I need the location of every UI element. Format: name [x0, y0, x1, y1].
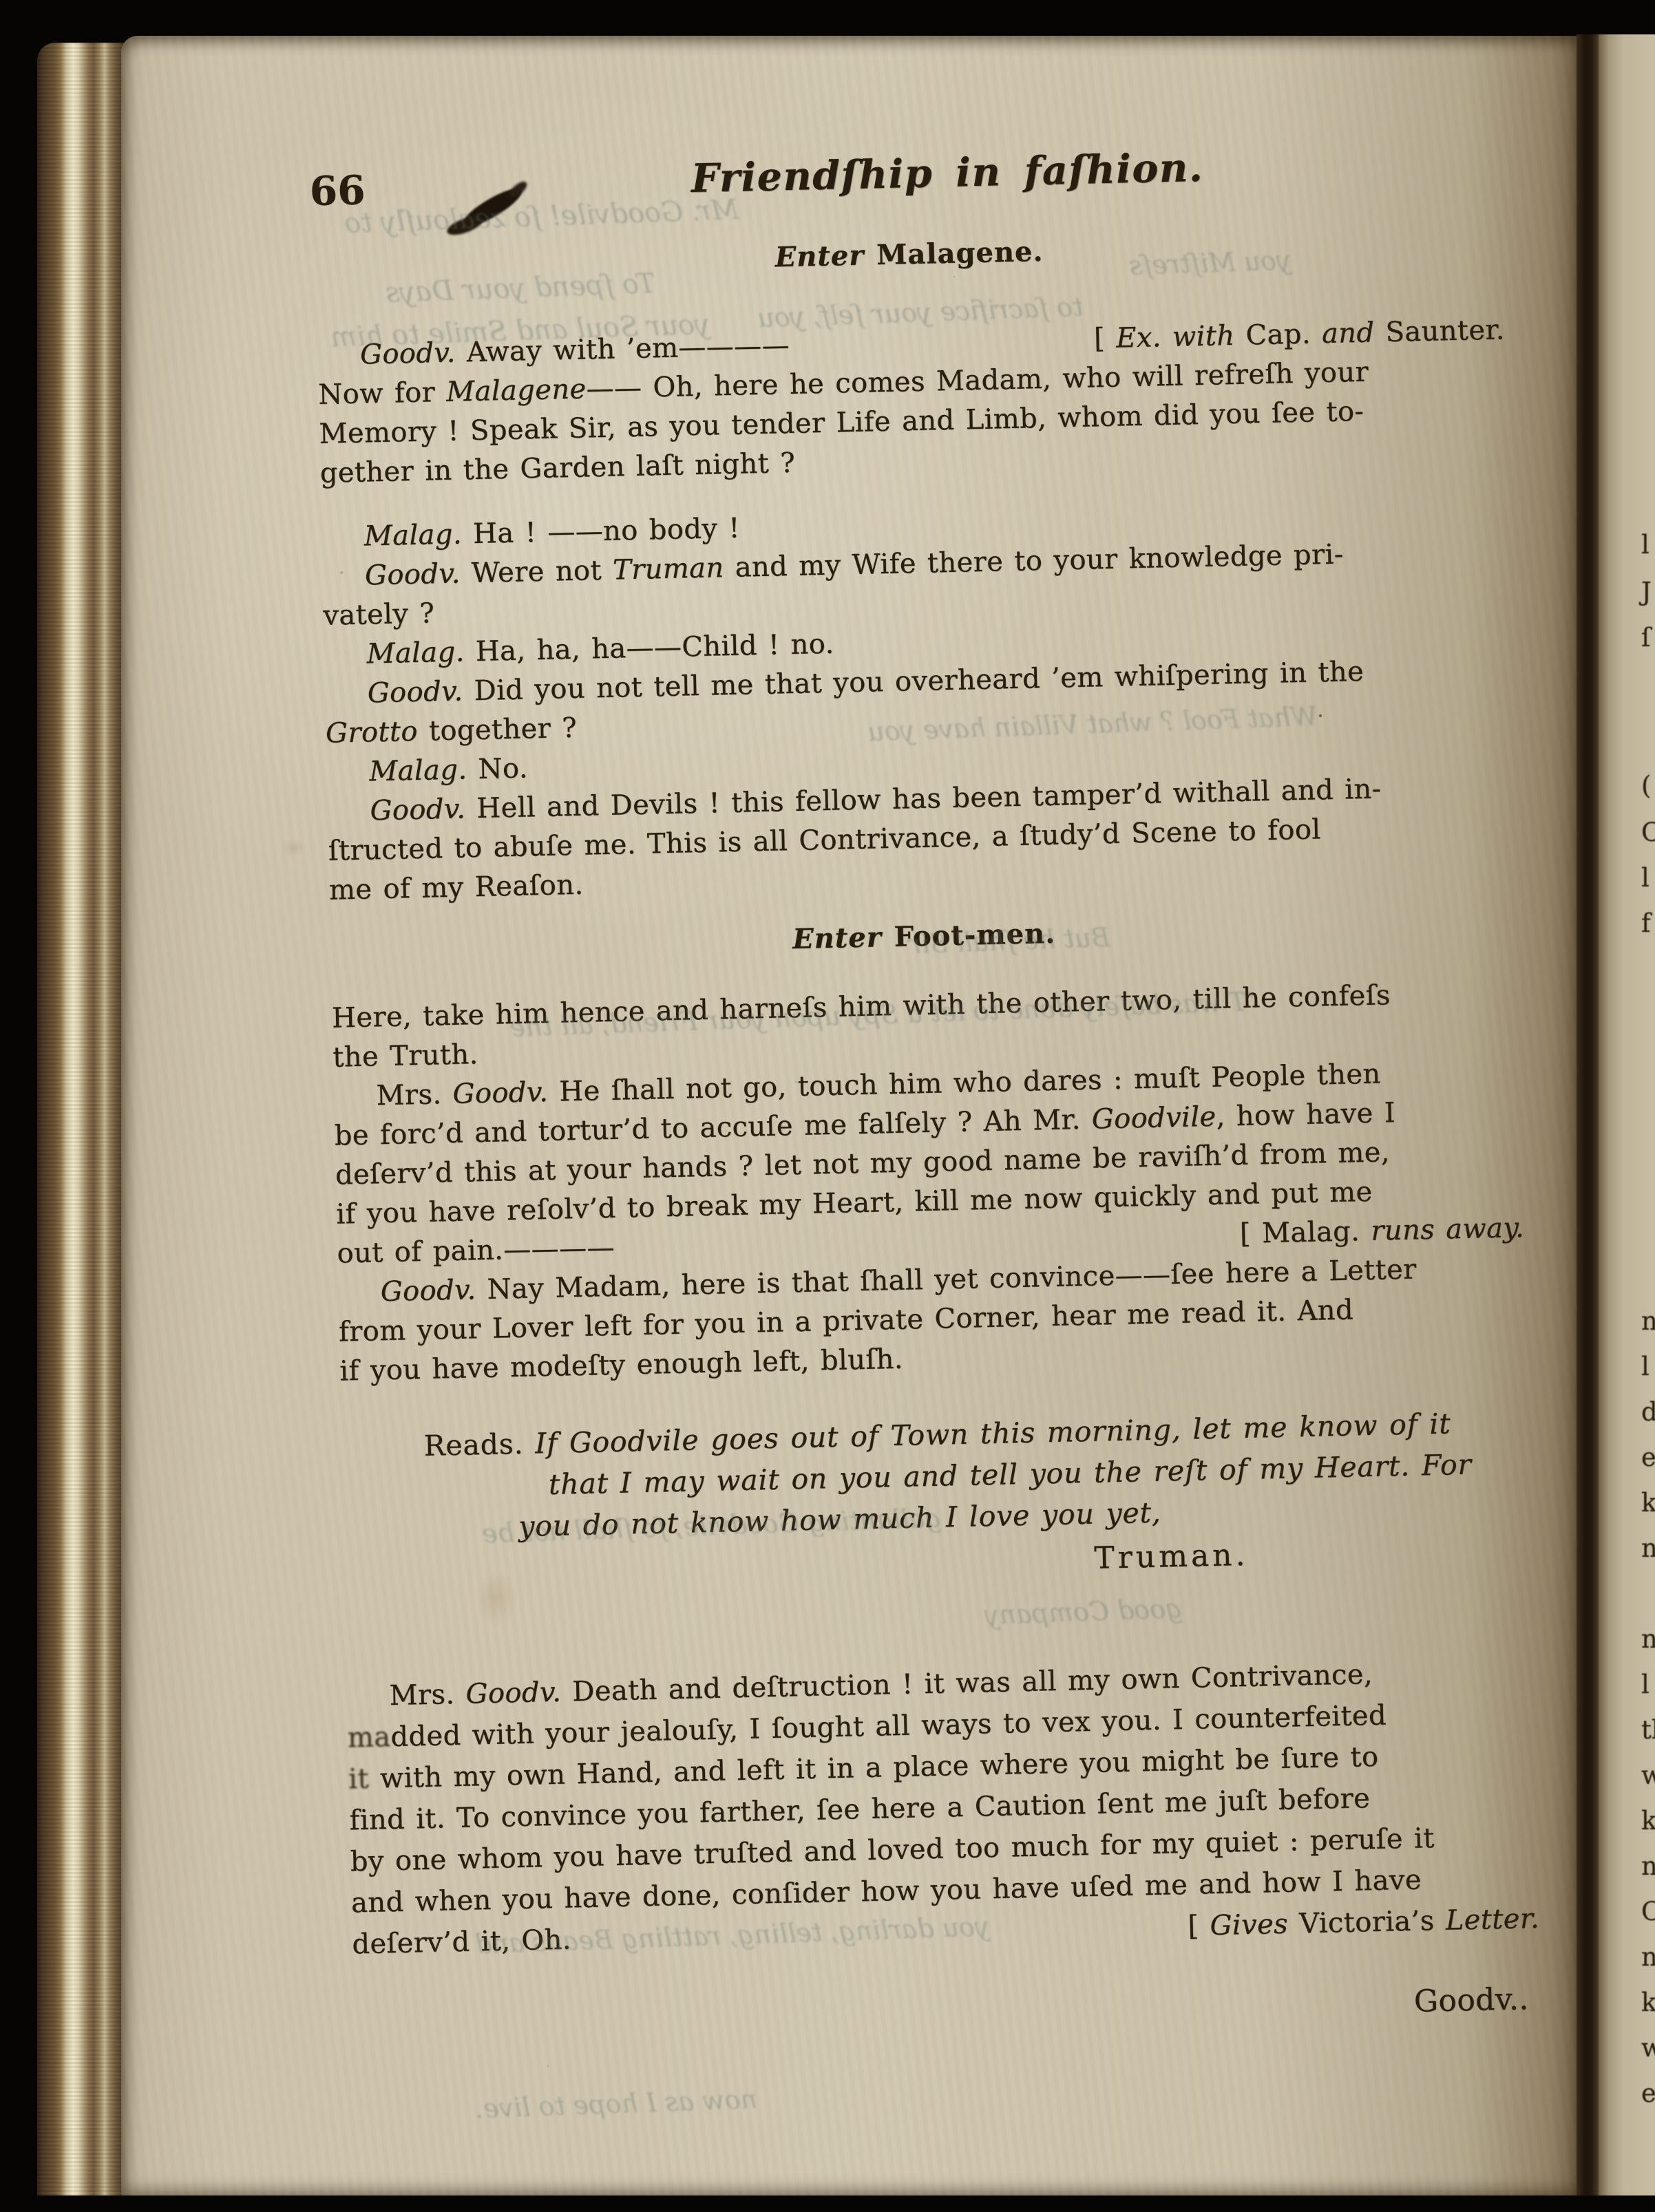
- text-segment: [: [1240, 1217, 1263, 1250]
- text-segment: Goodv.: [370, 793, 466, 827]
- text-segment: Grotto: [326, 716, 419, 749]
- facing-page-letter-fragment: n: [1641, 1306, 1655, 1336]
- text-segment: Now for: [318, 376, 447, 411]
- text-segment: together ?: [417, 712, 577, 747]
- text-segment: Truman: [613, 552, 724, 586]
- text-segment: Malag.: [1262, 1215, 1371, 1249]
- facing-page-letter-fragment: l: [1641, 1352, 1655, 1381]
- text-segment: Goodv.: [367, 675, 463, 709]
- text-segment: gether in the Garden laſt night ?: [319, 447, 795, 489]
- scan-border-top: [0, 0, 1655, 34]
- text-segment: Victoria’s: [1299, 1905, 1446, 1940]
- facing-page-letter-fragment: f: [1641, 908, 1655, 938]
- bleedthrough-text: you Miſtreſs: [1128, 245, 1292, 281]
- facing-page-letter-fragment: w: [1641, 2033, 1655, 2063]
- facing-page-letter-fragment: n: [1641, 1624, 1655, 1654]
- text-segment: [: [1188, 1910, 1210, 1942]
- text-segment: Mrs.: [376, 1078, 453, 1112]
- facing-page-letter-fragment: (: [1641, 771, 1655, 800]
- text-segment: , how have I: [1216, 1097, 1395, 1133]
- facing-page-letter-fragment: k: [1641, 1806, 1655, 1836]
- text-segment: vately ?: [323, 597, 435, 632]
- facing-page-letter-fragment: n: [1641, 1942, 1655, 1972]
- text-segment: the Truth.: [333, 1039, 478, 1074]
- facing-page-letter-fragment: l: [1641, 863, 1655, 893]
- text-segment: Goodv.: [465, 1677, 562, 1710]
- text-segment: Ha, ha, ha——Child ! no.: [464, 628, 834, 668]
- text-segment: Malagene: [446, 373, 587, 407]
- text-segment: Goodv..: [1413, 1981, 1529, 2019]
- facing-page-letter-fragment: d: [1641, 1397, 1655, 1427]
- text-segment: and: [1322, 317, 1387, 350]
- facing-page-letter-fragment: l: [1641, 1670, 1655, 1699]
- text-segment: out of pain.————: [337, 1232, 615, 1270]
- facing-page-letter-fragment: k: [1641, 1988, 1655, 2017]
- page-text: 66Friendſhip in faſhion.Enter Malagene.G…: [313, 138, 1541, 2044]
- text-segment: ma: [347, 1721, 391, 1754]
- text-segment: Malag.: [366, 636, 465, 670]
- text-segment: Enter: [792, 921, 894, 955]
- scan-border-bottom: [0, 2195, 1655, 2212]
- text-segment: me of my Reaſon.: [329, 869, 584, 906]
- text-segment: Goodv.: [365, 557, 461, 591]
- facing-page-letter-fragment: e: [1641, 1443, 1655, 1472]
- facing-page-letter-fragment: e: [1641, 2078, 1655, 2108]
- facing-page-letter-fragment: tl: [1641, 1715, 1655, 1745]
- text-segment: it: [348, 1763, 370, 1796]
- text-segment: Ex. with: [1116, 320, 1246, 354]
- text-segment: if you have modeſty enough left, bluſh.: [339, 1343, 904, 1387]
- facing-page-letter-fragment: n: [1641, 1851, 1655, 1881]
- text-segment: Letter.: [1445, 1903, 1539, 1937]
- text-segment: Cap.: [1245, 318, 1322, 351]
- facing-page-letter-fragment: ſ: [1641, 623, 1655, 652]
- text-segment: Goodvile: [1091, 1101, 1216, 1136]
- text-segment: runs away.: [1371, 1212, 1525, 1247]
- text-segment: Malagene.: [876, 235, 1044, 271]
- book-fore-edge: [37, 43, 124, 2204]
- text-segment: Reads.: [423, 1427, 536, 1463]
- text-segment: Saunter.: [1385, 314, 1505, 348]
- facing-page-letter-fragment: w: [1641, 1761, 1655, 1790]
- text-segment: [: [1094, 323, 1117, 355]
- text-segment: Were not: [460, 555, 613, 590]
- text-segment: Ha ! ——no body !: [461, 513, 740, 551]
- facing-page-letter-fragment: C: [1641, 818, 1655, 847]
- text-segment: Malag.: [363, 518, 462, 552]
- text-segment: Enter: [774, 239, 876, 273]
- text-segment: Truman.: [1094, 1538, 1249, 1576]
- book-scan: 66Friendſhip in faſhion.Enter Malagene.G…: [0, 0, 1655, 2212]
- text-segment: Gives: [1210, 1908, 1300, 1942]
- text-segment: Goodv.: [452, 1076, 549, 1110]
- facing-page-letter-fragment: l: [1641, 530, 1655, 560]
- text-segment: Mrs.: [389, 1679, 466, 1712]
- facing-page-letter-fragment: J: [1641, 577, 1655, 606]
- facing-page-letter-fragment: n: [1641, 1533, 1655, 1563]
- text-segment: Malag.: [369, 754, 467, 787]
- facing-page-letter-fragment: k: [1641, 1488, 1655, 1518]
- facing-page-letter-fragment: C: [1641, 1897, 1655, 1926]
- page-gutter: [1577, 0, 1599, 2212]
- text-segment: Goodv.: [380, 1274, 476, 1308]
- text-segment: No.: [467, 752, 528, 785]
